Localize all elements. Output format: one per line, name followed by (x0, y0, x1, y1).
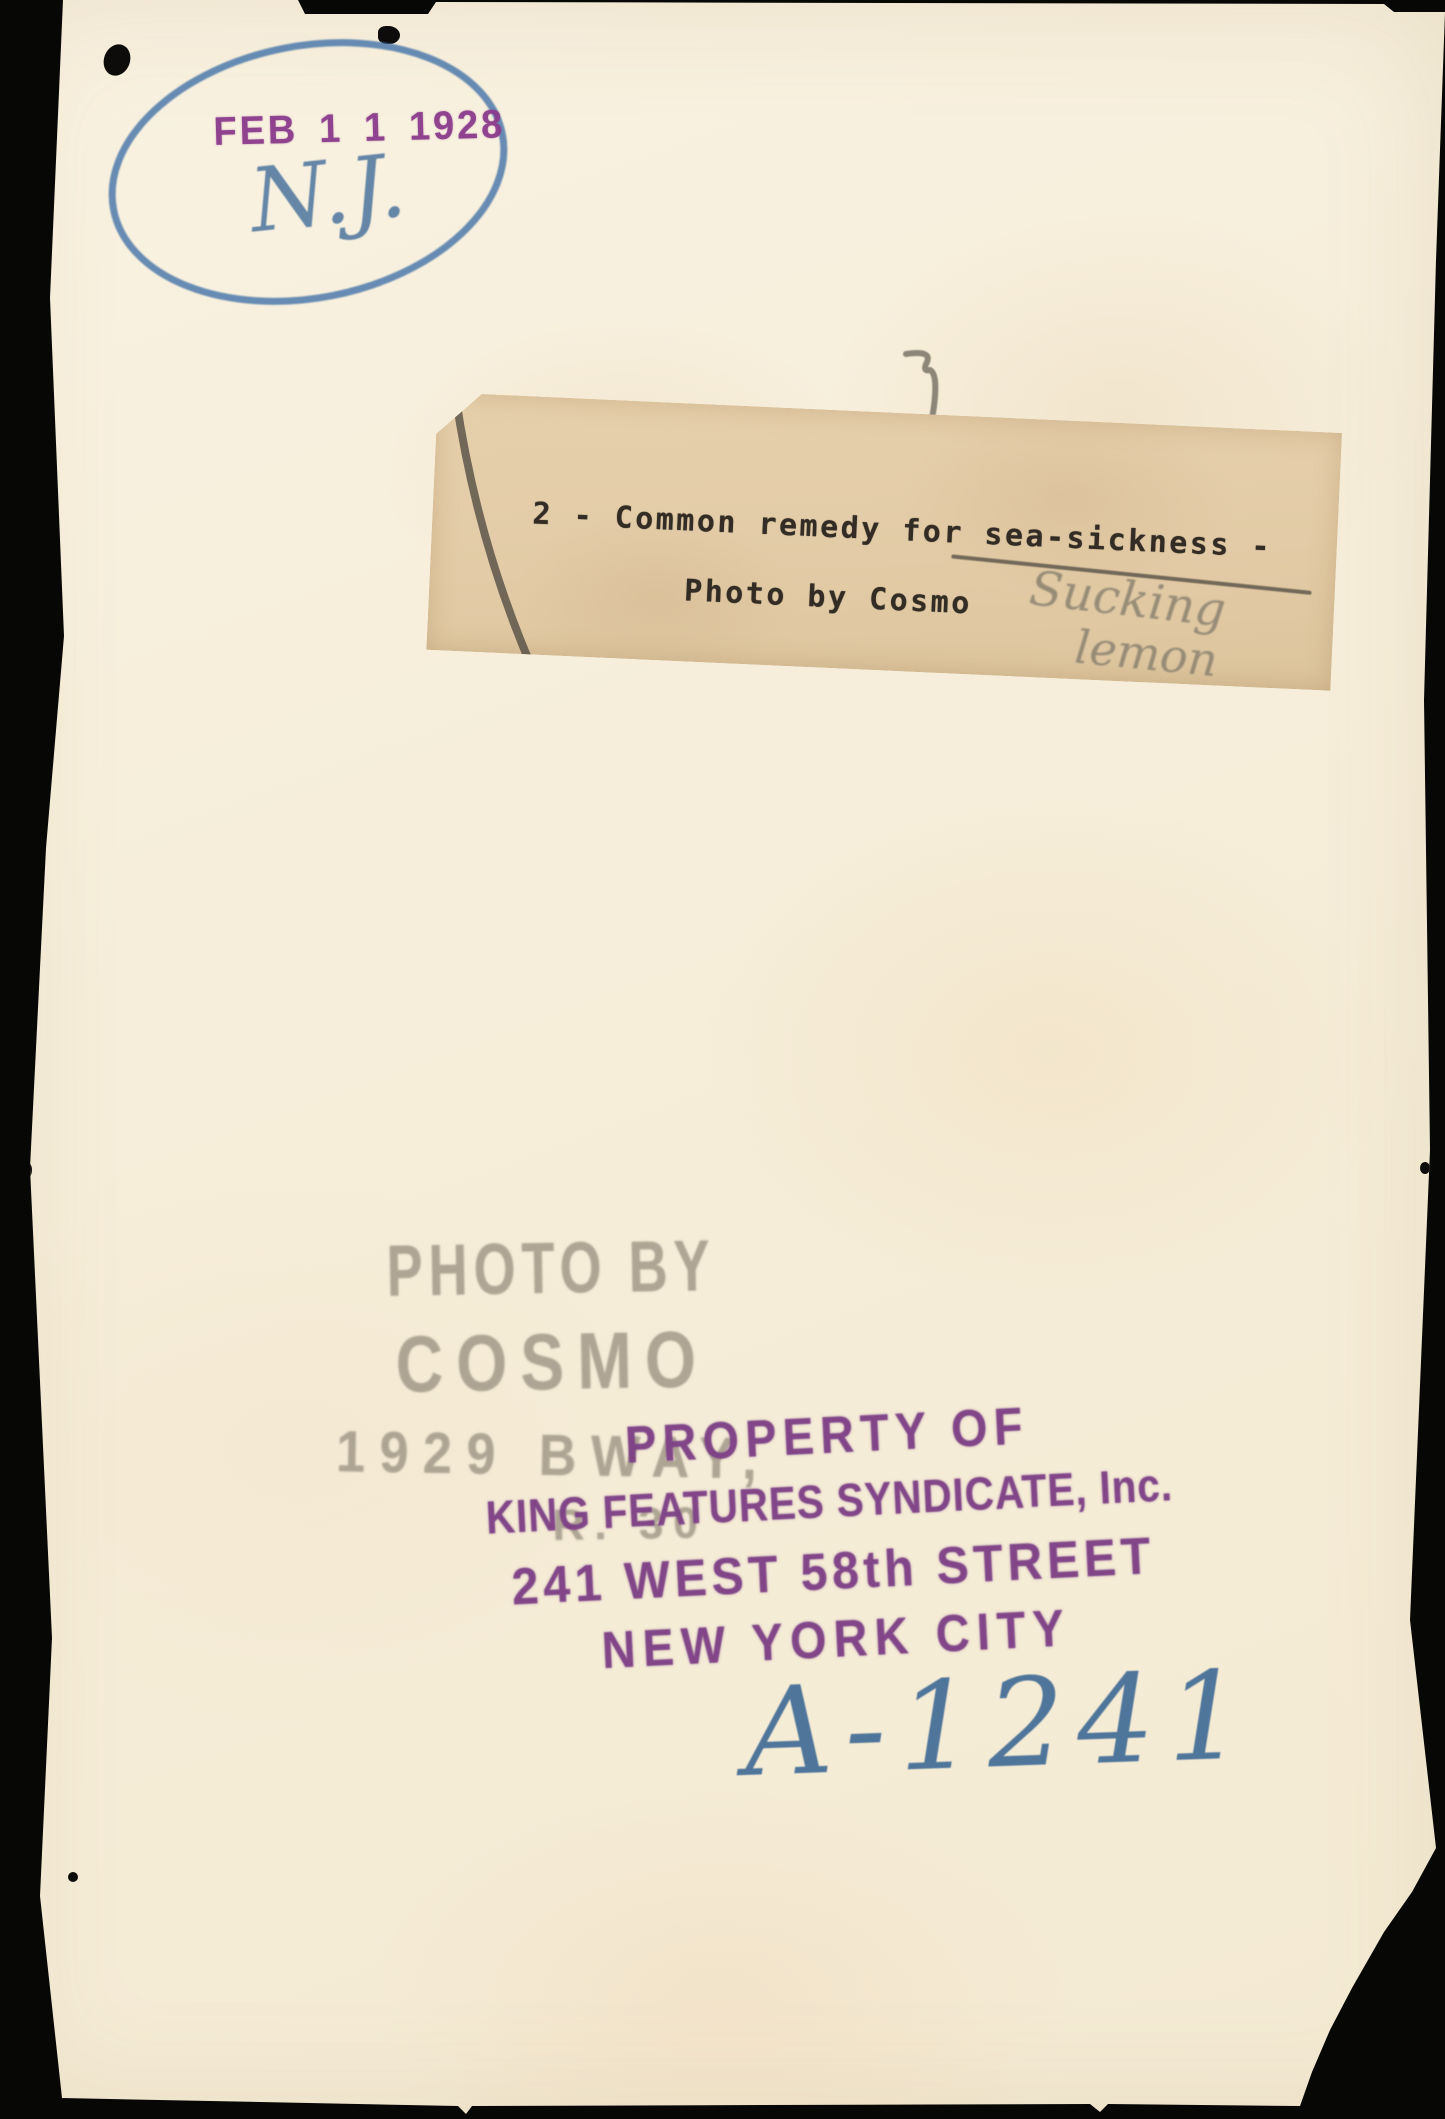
property-stamp: PROPERTY OF KING FEATURES SYNDICATE, Inc… (415, 1386, 1247, 1690)
paper-speck (16, 1160, 32, 1180)
paper-speck (68, 1872, 78, 1882)
photo-verso-paper: FEB 1 1 1928 N.J. 2 - Common remedy for … (0, 0, 1445, 2119)
paper-speck (18, 628, 36, 652)
photographer-stamp-line-2: COSMO (242, 1311, 864, 1414)
caption-label: 2 - Common remedy for sea-sickness - Pho… (426, 392, 1342, 691)
photographer-stamp-line-1: PHOTO BY (240, 1223, 861, 1316)
catalog-number: A-1241 (742, 1644, 1258, 1804)
paper-speck (32, 840, 46, 856)
handwritten-initials: N.J. (245, 134, 411, 253)
paper-speck (1420, 1162, 1430, 1174)
